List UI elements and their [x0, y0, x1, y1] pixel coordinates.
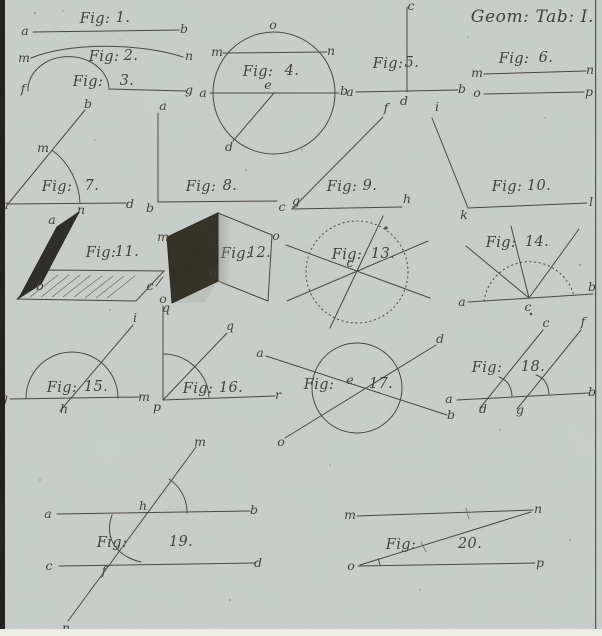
bottom-margin-strip — [0, 629, 602, 636]
paper-grain-texture — [0, 0, 602, 629]
engraved-geometry-plate: Geom: Tab: I. Fig: 1. a b Fig: 2. m n Fi… — [0, 0, 602, 636]
